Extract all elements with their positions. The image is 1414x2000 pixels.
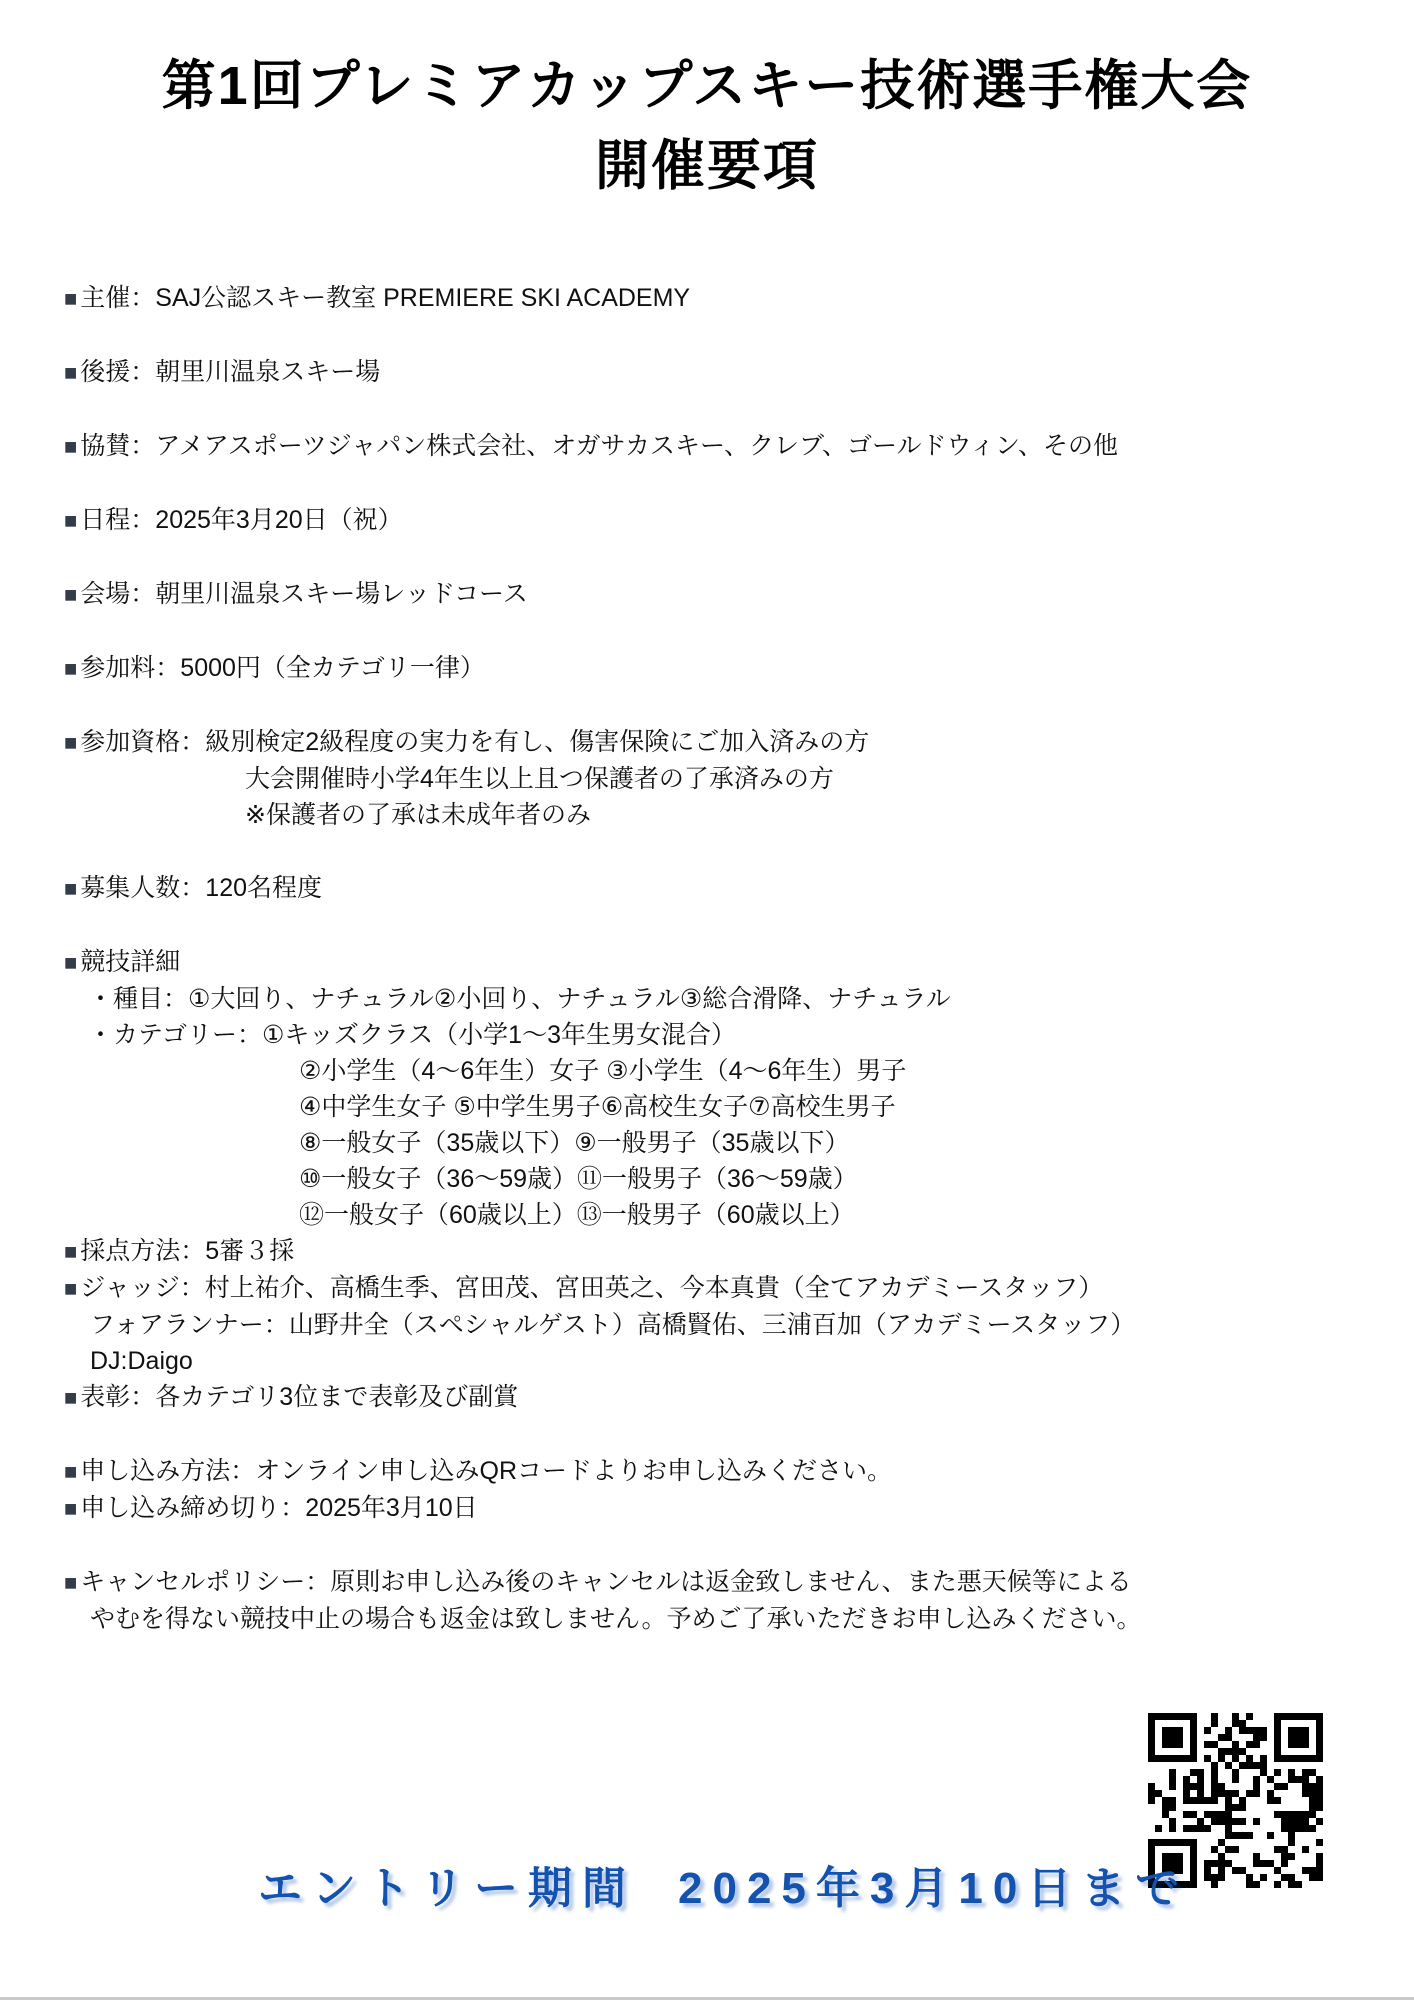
doc-line-text: 募集人数：120名程度 <box>80 874 322 902</box>
document-body: ■主催：SAJ公認スキー教室 PREMIERE SKI ACADEMY■後援：朝… <box>0 280 1414 1637</box>
doc-line-text: 協賛：アメアスポーツジャパン株式会社、オガサカスキー、クレブ、ゴールドウィン、そ… <box>80 432 1118 460</box>
doc-line-text: 申し込み方法：オンライン申し込みQRコードよりお申し込みください。 <box>80 1457 892 1485</box>
doc-line: ②小学生（4～6年生）女子 ③小学生（4～6年生）男子 <box>299 1053 1374 1089</box>
doc-line: ■申し込み方法：オンライン申し込みQRコードよりお申し込みください。 <box>64 1453 1374 1490</box>
square-bullet-icon: ■ <box>64 508 77 533</box>
doc-line: ・カテゴリー：①キッズクラス（小学1～3年生男女混合） <box>88 1017 1374 1053</box>
doc-line-text: ②小学生（4～6年生）女子 ③小学生（4～6年生）男子 <box>299 1057 906 1085</box>
doc-line: ■会場：朝里川温泉スキー場レッドコース <box>64 576 1374 613</box>
document-section: ■募集人数：120名程度 <box>64 870 1374 907</box>
document-header: 第1回プレミアカップスキー技術選手権大会 開催要項 <box>0 0 1414 206</box>
doc-line-text: ジャッジ：村上祐介、高橋生季、宮田茂、宮田英之、今本真貴（全てアカデミースタッフ… <box>80 1274 1103 1302</box>
square-bullet-icon: ■ <box>64 582 77 607</box>
square-bullet-icon: ■ <box>64 656 77 681</box>
doc-line-text: キャンセルポリシー：原則お申し込み後のキャンセルは返金致しません、また悪天候等に… <box>80 1568 1132 1596</box>
doc-line: ■ジャッジ：村上祐介、高橋生季、宮田茂、宮田英之、今本真貴（全てアカデミースタッ… <box>64 1270 1374 1307</box>
square-bullet-icon: ■ <box>64 950 77 975</box>
doc-line-text: ④中学生女子 ⑤中学生男子⑥高校生女子⑦高校生男子 <box>299 1093 896 1121</box>
doc-line-text: ・種目：①大回り、ナチュラル②小回り、ナチュラル③総合滑降、ナチュラル <box>88 985 951 1013</box>
document-page: 第1回プレミアカップスキー技術選手権大会 開催要項 ■主催：SAJ公認スキー教室… <box>0 0 1414 2000</box>
doc-line-text: 会場：朝里川温泉スキー場レッドコース <box>80 580 528 608</box>
document-section: ■協賛：アメアスポーツジャパン株式会社、オガサカスキー、クレブ、ゴールドウィン、… <box>64 428 1374 465</box>
document-section: ■競技詳細・種目：①大回り、ナチュラル②小回り、ナチュラル③総合滑降、ナチュラル… <box>64 944 1374 1416</box>
doc-line: ■募集人数：120名程度 <box>64 870 1374 907</box>
document-title-line1: 第1回プレミアカップスキー技術選手権大会 <box>0 46 1414 126</box>
doc-line: ■申し込み締め切り：2025年3月10日 <box>64 1490 1374 1527</box>
entry-period-banner: エントリー期間2025年3月10日まで <box>258 1852 1189 1916</box>
square-bullet-icon: ■ <box>64 730 77 755</box>
doc-line: ■日程：2025年3月20日（祝） <box>64 502 1374 539</box>
doc-line: ■採点方法：5審３採 <box>64 1233 1374 1270</box>
doc-line-text: ⑫一般女子（60歳以上）⑬一般男子（60歳以上） <box>299 1201 855 1229</box>
doc-line: ■後援：朝里川温泉スキー場 <box>64 354 1374 391</box>
doc-line-text: ⑧一般女子（35歳以下）⑨一般男子（35歳以下） <box>299 1129 849 1157</box>
doc-line: ⑩一般女子（36～59歳）⑪一般男子（36～59歳） <box>299 1161 1374 1197</box>
doc-line-text: 日程：2025年3月20日（祝） <box>80 506 402 534</box>
doc-line-text: 競技詳細 <box>80 948 180 976</box>
doc-line: ④中学生女子 ⑤中学生男子⑥高校生女子⑦高校生男子 <box>299 1089 1374 1125</box>
doc-line-text: DJ:Daigo <box>90 1347 193 1375</box>
entry-period-label: エントリー期間 <box>258 1864 636 1913</box>
document-section: ■主催：SAJ公認スキー教室 PREMIERE SKI ACADEMY <box>64 280 1374 317</box>
doc-line: ⑫一般女子（60歳以上）⑬一般男子（60歳以上） <box>299 1197 1374 1233</box>
square-bullet-icon: ■ <box>64 1570 77 1595</box>
doc-line: やむを得ない競技中止の場合も返金は致しません。予めご了承いただきお申し込みくださ… <box>90 1601 1374 1637</box>
doc-line-text: ・カテゴリー：①キッズクラス（小学1～3年生男女混合） <box>88 1021 736 1049</box>
doc-line-text: 参加料：5000円（全カテゴリ一律） <box>80 654 485 682</box>
doc-line: ■競技詳細 <box>64 944 1374 981</box>
doc-line-text: 参加資格：級別検定2級程度の実力を有し、傷害保険にご加入済みの方 <box>80 728 869 756</box>
square-bullet-icon: ■ <box>64 434 77 459</box>
doc-line: ■参加料：5000円（全カテゴリ一律） <box>64 650 1374 687</box>
document-section: ■参加資格：級別検定2級程度の実力を有し、傷害保険にご加入済みの方大会開催時小学… <box>64 724 1374 833</box>
doc-line: ■キャンセルポリシー：原則お申し込み後のキャンセルは返金致しません、また悪天候等… <box>64 1564 1374 1601</box>
doc-line: ※保護者の了承は未成年者のみ <box>245 797 1374 833</box>
square-bullet-icon: ■ <box>64 876 77 901</box>
document-section: ■参加料：5000円（全カテゴリ一律） <box>64 650 1374 687</box>
square-bullet-icon: ■ <box>64 1496 77 1521</box>
doc-line: ■表彰：各カテゴリ3位まで表彰及び副賞 <box>64 1379 1374 1416</box>
doc-line-text: ⑩一般女子（36～59歳）⑪一般男子（36～59歳） <box>299 1165 858 1193</box>
doc-line-text: 申し込み締め切り：2025年3月10日 <box>80 1494 477 1522</box>
entry-period-deadline: 2025年3月10日まで <box>678 1864 1189 1913</box>
doc-line-text: 表彰：各カテゴリ3位まで表彰及び副賞 <box>80 1383 518 1411</box>
document-section: ■会場：朝里川温泉スキー場レッドコース <box>64 576 1374 613</box>
square-bullet-icon: ■ <box>64 360 77 385</box>
doc-line: ・種目：①大回り、ナチュラル②小回り、ナチュラル③総合滑降、ナチュラル <box>88 981 1374 1017</box>
doc-line-text: フォアランナー：山野井全（スペシャルゲスト）高橋賢佑、三浦百加（アカデミースタッ… <box>90 1311 1135 1339</box>
document-section: ■キャンセルポリシー：原則お申し込み後のキャンセルは返金致しません、また悪天候等… <box>64 1564 1374 1637</box>
doc-line: ■参加資格：級別検定2級程度の実力を有し、傷害保険にご加入済みの方 <box>64 724 1374 761</box>
document-section: ■日程：2025年3月20日（祝） <box>64 502 1374 539</box>
square-bullet-icon: ■ <box>64 286 77 311</box>
doc-line-text: やむを得ない競技中止の場合も返金は致しません。予めご了承いただきお申し込みくださ… <box>90 1605 1142 1633</box>
document-section: ■申し込み方法：オンライン申し込みQRコードよりお申し込みください。■申し込み締… <box>64 1453 1374 1527</box>
document-title-line2: 開催要項 <box>0 126 1414 206</box>
square-bullet-icon: ■ <box>64 1459 77 1484</box>
doc-line-text: ※保護者の了承は未成年者のみ <box>245 801 591 829</box>
doc-line-text: 大会開催時小学4年生以上且つ保護者の了承済みの方 <box>245 765 834 793</box>
doc-line: ■主催：SAJ公認スキー教室 PREMIERE SKI ACADEMY <box>64 280 1374 317</box>
document-section: ■後援：朝里川温泉スキー場 <box>64 354 1374 391</box>
doc-line: 大会開催時小学4年生以上且つ保護者の了承済みの方 <box>245 761 1374 797</box>
square-bullet-icon: ■ <box>64 1385 77 1410</box>
square-bullet-icon: ■ <box>64 1239 77 1264</box>
doc-line: ■協賛：アメアスポーツジャパン株式会社、オガサカスキー、クレブ、ゴールドウィン、… <box>64 428 1374 465</box>
doc-line-text: 主催：SAJ公認スキー教室 PREMIERE SKI ACADEMY <box>80 284 690 312</box>
doc-line: ⑧一般女子（35歳以下）⑨一般男子（35歳以下） <box>299 1125 1374 1161</box>
doc-line-text: 後援：朝里川温泉スキー場 <box>80 358 380 386</box>
square-bullet-icon: ■ <box>64 1276 77 1301</box>
doc-line: DJ:Daigo <box>90 1343 1374 1379</box>
doc-line-text: 採点方法：5審３採 <box>80 1237 294 1265</box>
doc-line: フォアランナー：山野井全（スペシャルゲスト）高橋賢佑、三浦百加（アカデミースタッ… <box>90 1307 1374 1343</box>
